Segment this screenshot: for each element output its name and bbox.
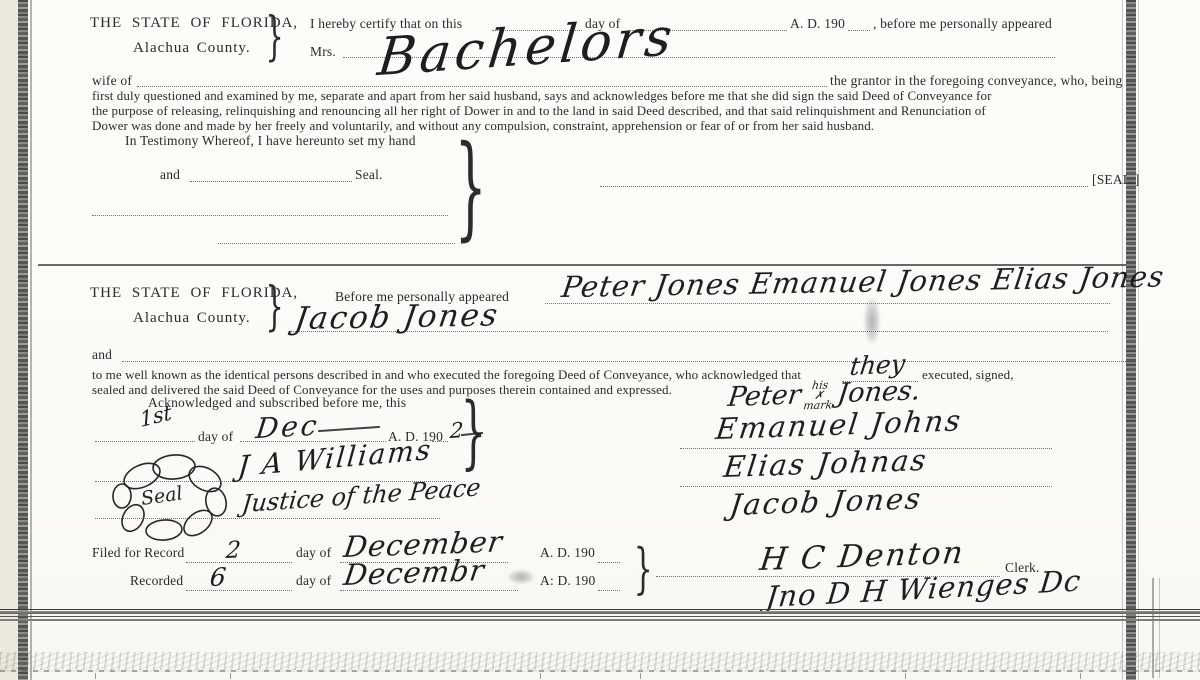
blank-names-line-1 (545, 303, 1110, 304)
ad190-label-filed: A. D. 190 (540, 545, 595, 561)
handwritten-justice-title: Justice of the Peace (241, 473, 482, 518)
blank-year-line (848, 30, 870, 31)
left-binding-line (30, 0, 32, 680)
testimony-text: In Testimony Whereof, I have hereunto se… (125, 133, 416, 149)
recorded-label: Recorded (130, 573, 183, 589)
scan-noise-band (0, 652, 1200, 670)
county-label-1: Alachua County. (133, 40, 251, 57)
ledger-rule-2 (0, 611, 1200, 614)
known-text-post: executed, signed, (922, 367, 1014, 383)
handwritten-year-2: 2 (449, 418, 464, 443)
blank-recorded-day-line (186, 590, 292, 591)
paragraph-line-1: first duly questioned and examined by me… (92, 88, 992, 104)
notary-seal-doodle: Seal (106, 452, 244, 542)
page-tick (640, 673, 641, 679)
right-binding-strip (1126, 0, 1136, 680)
blank-seal-line (190, 181, 352, 182)
curly-brace-filing: } (634, 543, 653, 594)
and-label-2: and (92, 347, 112, 363)
ink-smudge-2 (508, 570, 534, 584)
day-of-label-recorded: day of (296, 573, 331, 589)
signature-peter-last: Jones. (836, 375, 923, 409)
signature-elias: Elias Johnas (722, 443, 930, 484)
ad190-label-1: A. D. 190 (790, 16, 845, 32)
curly-brace-2: } (265, 283, 283, 332)
blank-wife-line (137, 86, 827, 87)
left-binding-strip (18, 0, 28, 680)
seal-word-handwritten: Seal (140, 482, 184, 510)
curly-brace-testimony: } (455, 134, 487, 240)
blank-filed-year-line (598, 562, 620, 563)
handwritten-names-line-2: Jacob Jones (292, 297, 501, 337)
blank-justice-line-2 (95, 518, 440, 519)
curly-brace-1: } (265, 13, 283, 62)
mrs-label: Mrs. (310, 44, 336, 60)
day-of-label-2: day of (198, 429, 233, 445)
document-page: THE STATE OF FLORIDA, Alachua County. } … (0, 0, 1200, 680)
county-label-2: Alachua County. (133, 310, 251, 327)
next-page-edge-line (0, 670, 1200, 672)
handwritten-recorded-month: Decembr (342, 553, 487, 592)
blank-ack-day-line (95, 441, 195, 442)
seal-bracket-label: [SEAL.] (1092, 172, 1140, 188)
and-label-1: and (160, 167, 180, 183)
blank-signature-line-1 (92, 215, 448, 216)
signature-emanuel: Emanuel Johns (714, 403, 964, 446)
ledger-rule-3 (0, 616, 1200, 617)
handwritten-recorded-day: 6 (208, 562, 227, 592)
blank-signature-line-2 (218, 243, 455, 244)
right-edge-line-2 (1138, 0, 1139, 680)
signature-peter-first: Peter (726, 379, 802, 413)
filed-for-record-label: Filed for Record (92, 545, 184, 561)
grantor-text: the grantor in the foregoing conveyance,… (830, 73, 1122, 89)
ad190-label-recorded: A: D. 190 (540, 573, 595, 589)
signature-jacob: Jacob Jones (728, 481, 924, 522)
blank-recorded-year-line (598, 590, 620, 591)
page-tick (905, 673, 906, 679)
blank-ack-year-line (432, 441, 448, 442)
ledger-rule-4 (0, 619, 1200, 621)
his-mark-stack: his✗mark (803, 380, 836, 411)
pen-flourish (318, 426, 380, 432)
page-tick (95, 673, 96, 679)
seal-word: Seal. (355, 167, 383, 183)
ledger-rule-1 (0, 609, 1200, 610)
page-left-margin (0, 0, 18, 680)
blank-grantor-signature-line (600, 186, 1088, 187)
acknowledged-text: Acknowledged and subscribed before me, t… (148, 395, 406, 411)
ink-smudge-1 (864, 298, 880, 344)
known-text-pre: to me well known as the identical person… (92, 367, 801, 383)
handwritten-month-dec: Dec (254, 409, 322, 446)
wife-of-label: wife of (92, 73, 132, 89)
page-tick (230, 673, 231, 679)
blank-and-line (122, 361, 1126, 362)
paragraph-line-2: the purpose of releasing, relinquishing … (92, 103, 986, 119)
right-edge-line (1122, 0, 1123, 680)
appeared-text: , before me personally appeared (873, 16, 1052, 32)
page-tick (540, 673, 541, 679)
day-of-label-filed: day of (296, 545, 331, 561)
page-tick (1080, 673, 1081, 679)
handwritten-day-1st: 1st (139, 400, 173, 432)
handwritten-filed-day: 2 (225, 537, 242, 564)
